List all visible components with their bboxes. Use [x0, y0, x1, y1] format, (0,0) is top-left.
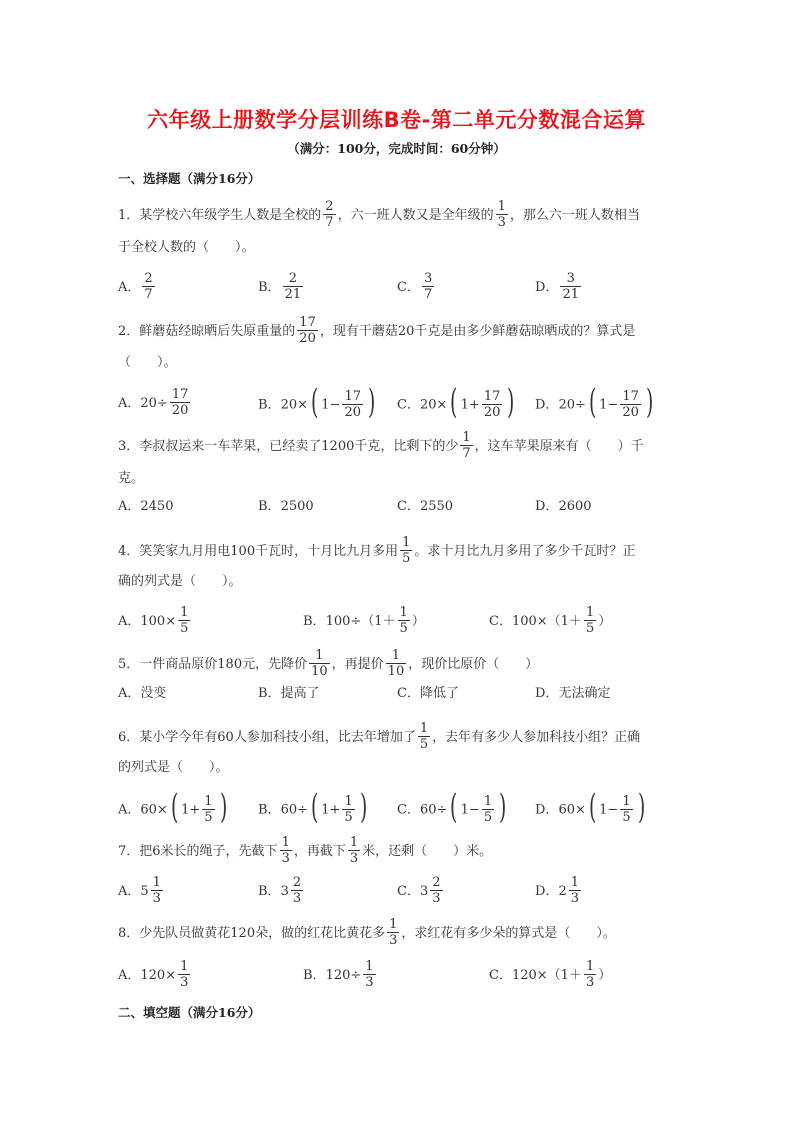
question-5: 5．一件商品原价180元，先降价110，再提价110，现价比原价（ ） — [118, 649, 538, 680]
fraction: 1720 — [297, 315, 318, 346]
fraction: 110 — [309, 648, 330, 679]
question-6: 6．某小学今年有60人参加科技小组，比去年增加了15，去年有多少人参加科技小组？… — [118, 722, 640, 753]
fraction: 27 — [323, 199, 335, 230]
question-2-line2: （ ）。 — [118, 353, 177, 373]
fraction: 13 — [387, 917, 399, 948]
option-7a[interactable]: A．513 — [118, 876, 165, 907]
fraction: 110 — [386, 648, 407, 679]
option-3d[interactable]: D．2600 — [535, 497, 592, 517]
option-5b[interactable]: B．提高了 — [258, 684, 320, 704]
fraction: 17 — [460, 430, 472, 461]
option-2d[interactable]: D．20÷(1−1720) — [535, 388, 656, 422]
question-4: 4．笑笑家九月用电100千瓦时，十月比九月多用15。求十月比九月多用了多少千瓦时… — [118, 536, 635, 567]
option-1a[interactable]: A．27 — [118, 272, 157, 303]
section-heading-choice: 一、选择题（满分16分） — [118, 169, 260, 187]
option-3a[interactable]: A．2450 — [118, 497, 173, 517]
question-3-line2: 克。 — [118, 469, 144, 489]
option-8c[interactable]: C．120×（1＋13） — [489, 960, 611, 991]
question-1: 1．某学校六年级学生人数是全校的27，六一班人数又是全年级的13，那么六一班人数… — [118, 200, 640, 231]
option-6b[interactable]: B．60÷(1+15) — [258, 793, 370, 827]
option-2c[interactable]: C．20×(1+1720) — [397, 388, 518, 422]
option-3b[interactable]: B．2500 — [258, 497, 314, 517]
option-6d[interactable]: D．60×(1−15) — [535, 793, 648, 827]
option-7b[interactable]: B．323 — [258, 876, 305, 907]
option-7d[interactable]: D．213 — [535, 876, 583, 907]
page-title: 六年级上册数学分层训练B卷-第二单元分数混合运算 — [0, 104, 793, 134]
question-2: 2．鲜蘑菇经晾晒后失原重量的1720，现有干蘑菇20千克是由多少鲜蘑菇晾晒成的？… — [118, 316, 635, 347]
question-7: 7．把6米长的绳子，先截下13，再截下13米，还剩（ ）米。 — [118, 836, 492, 867]
option-5d[interactable]: D．无法确定 — [535, 684, 610, 704]
option-5c[interactable]: C．降低了 — [397, 684, 459, 704]
question-3: 3．李叔叔运来一车苹果，已经卖了1200千克，比剩下的少17，这车苹果原来有（ … — [118, 431, 644, 462]
option-2a[interactable]: A．20÷1720 — [118, 388, 192, 419]
question-4-line2: 确的列式是（ ）。 — [118, 572, 242, 592]
option-4b[interactable]: B．100÷（1＋15） — [303, 606, 425, 637]
option-1c[interactable]: C．37 — [397, 272, 436, 303]
option-4a[interactable]: A．100×15 — [118, 606, 192, 637]
option-5a[interactable]: A．没变 — [118, 684, 166, 704]
option-1d[interactable]: D．321 — [535, 272, 583, 303]
option-4c[interactable]: C．100×（1＋15） — [489, 606, 611, 637]
section-heading-fill-blank: 二、填空题（满分16分） — [118, 1003, 260, 1021]
question-6-line2: 的列式是（ ）。 — [118, 758, 229, 778]
worksheet-page: 六年级上册数学分层训练B卷-第二单元分数混合运算 （满分：100分，完成时间：6… — [0, 0, 793, 1122]
option-6c[interactable]: C．60÷(1−15) — [397, 793, 509, 827]
question-number: 1． — [118, 208, 139, 223]
question-1-line2: 于全校人数的（ ）。 — [118, 238, 255, 258]
fraction: 13 — [348, 835, 360, 866]
page-subtitle: （满分：100分，完成时间：60分钟） — [0, 139, 793, 157]
option-6a[interactable]: A．60×(1+15) — [118, 793, 230, 827]
option-2b[interactable]: B．20×(1−1720) — [258, 388, 378, 422]
option-1b[interactable]: B．221 — [258, 272, 305, 303]
fraction: 13 — [496, 199, 508, 230]
option-8b[interactable]: B．120÷13 — [303, 960, 378, 991]
option-3c[interactable]: C．2550 — [397, 497, 453, 517]
option-7c[interactable]: C．323 — [397, 876, 445, 907]
question-8: 8．少先队员做黄花120朵，做的红花比黄花多13，求红花有多少朵的算式是（ ）。 — [118, 918, 616, 949]
fraction: 13 — [280, 835, 292, 866]
fraction: 15 — [400, 535, 412, 566]
option-8a[interactable]: A．120×13 — [118, 960, 192, 991]
fraction: 15 — [418, 721, 430, 752]
